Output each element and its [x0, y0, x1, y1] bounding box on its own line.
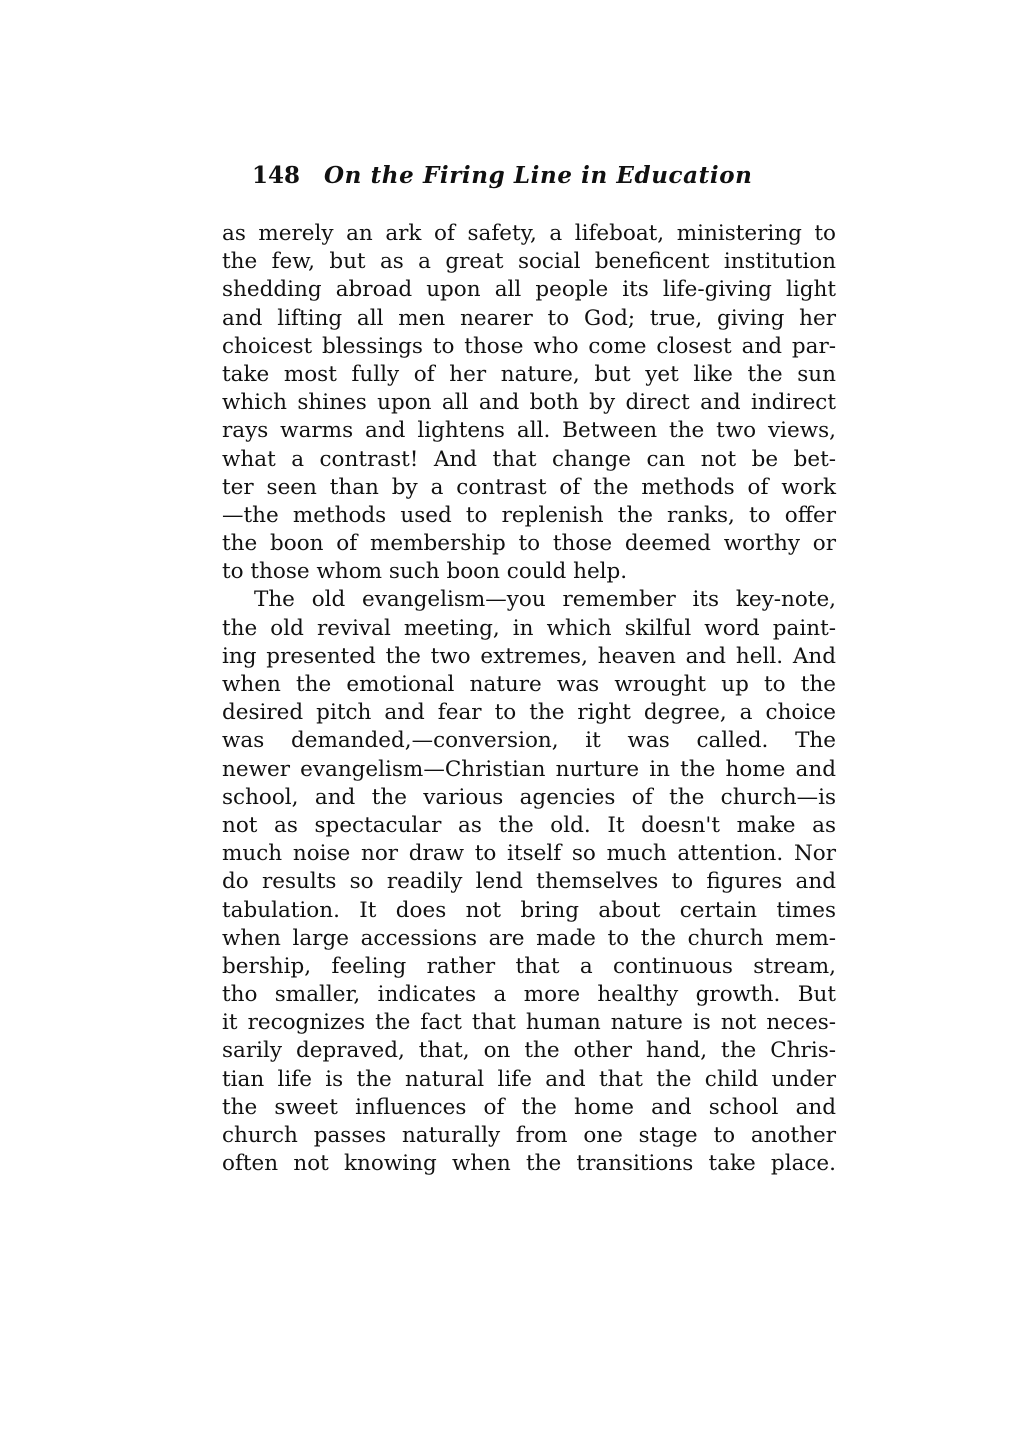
text-line: when large accessions are made to the ch…	[222, 925, 836, 953]
text-line: church passes naturally from one stage t…	[222, 1122, 836, 1150]
text-line: was demanded,—conversion, it was called.…	[222, 727, 836, 755]
text-line: tabulation. It does not bring about cert…	[222, 897, 836, 925]
text-line: newer evangelism—Christian nurture in th…	[222, 756, 836, 784]
text-line: bership, feeling rather that a continuou…	[222, 953, 836, 981]
running-head: 148 On the Firing Line in Education	[252, 160, 772, 192]
text-line: shedding abroad upon all people its life…	[222, 276, 836, 304]
text-line: do results so readily lend themselves to…	[222, 868, 836, 896]
text-line: which shines upon all and both by direct…	[222, 389, 836, 417]
text-line: The old evangelism—you remember its key-…	[222, 586, 836, 614]
text-line: when the emotional nature was wrought up…	[222, 671, 836, 699]
text-line: not as spectacular as the old. It doesn'…	[222, 812, 836, 840]
text-line: tho smaller, indicates a more healthy gr…	[222, 981, 836, 1009]
text-line: as merely an ark of safety, a lifeboat, …	[222, 220, 836, 248]
text-line: to those whom such boon could help.	[222, 558, 836, 586]
text-line: desired pitch and fear to the right degr…	[222, 699, 836, 727]
paragraph-2: The old evangelism—you remember its key-…	[222, 586, 836, 1178]
text-line: the boon of membership to those deemed w…	[222, 530, 836, 558]
text-line: what a contrast! And that change can not…	[222, 446, 836, 474]
text-line: the old revival meeting, in which skilfu…	[222, 615, 836, 643]
text-line: ing presented the two extremes, heaven a…	[222, 643, 836, 671]
page-number: 148	[252, 160, 300, 192]
text-line: tian life is the natural life and that t…	[222, 1066, 836, 1094]
text-line: rays warms and lightens all. Between the…	[222, 417, 836, 445]
text-line: much noise nor draw to itself so much at…	[222, 840, 836, 868]
text-line: ter seen than by a contrast of the metho…	[222, 474, 836, 502]
paragraph-1: as merely an ark of safety, a lifeboat, …	[222, 220, 836, 586]
text-line: and lifting all men nearer to God; true,…	[222, 305, 836, 333]
text-line: school, and the various agencies of the …	[222, 784, 836, 812]
book-page: 148 On the Firing Line in Education as m…	[0, 0, 1010, 1454]
text-line: —the methods used to replenish the ranks…	[222, 502, 836, 530]
text-line: the sweet influences of the home and sch…	[222, 1094, 836, 1122]
book-title: On the Firing Line in Education	[324, 160, 753, 192]
text-line: take most fully of her nature, but yet l…	[222, 361, 836, 389]
text-line: sarily depraved, that, on the other hand…	[222, 1037, 836, 1065]
body-text: as merely an ark of safety, a lifeboat, …	[222, 220, 836, 1178]
text-line: the few, but as a great social beneficen…	[222, 248, 836, 276]
text-line: often not knowing when the transitions t…	[222, 1150, 836, 1178]
text-line: it recognizes the fact that human nature…	[222, 1009, 836, 1037]
text-line: choicest blessings to those who come clo…	[222, 333, 836, 361]
